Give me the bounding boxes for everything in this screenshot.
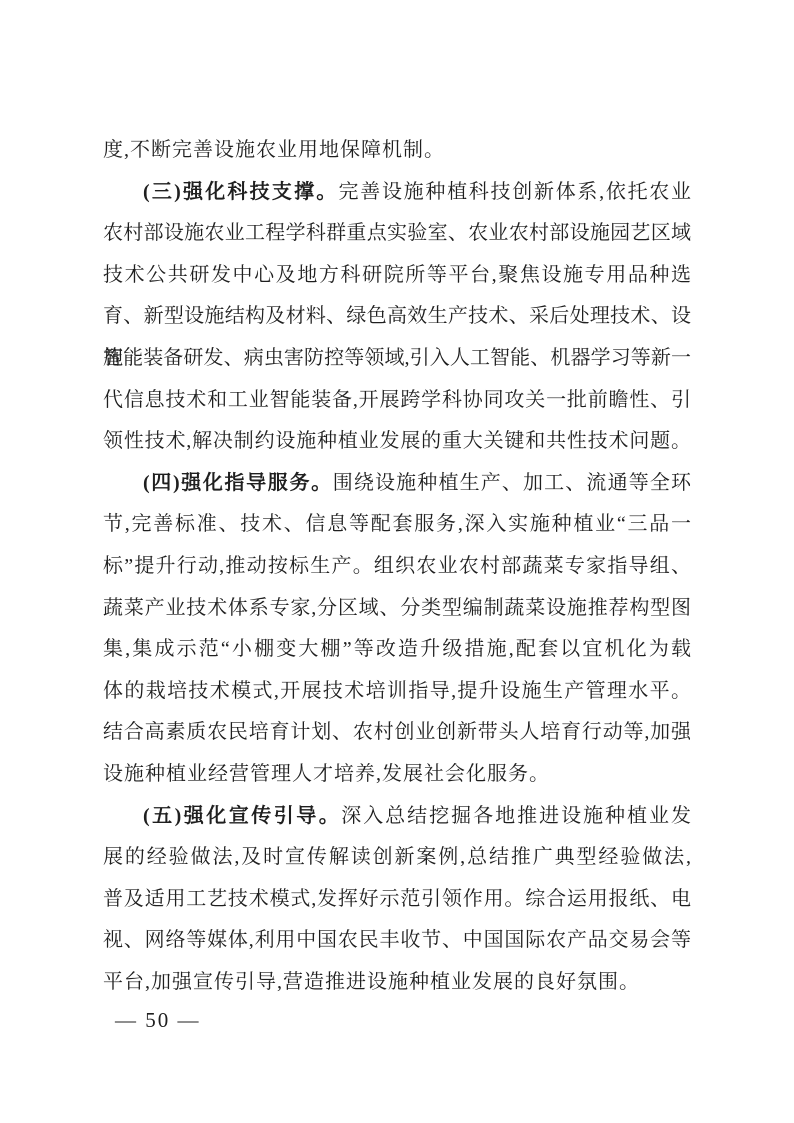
text-line: 农村部设施农业工程学科群重点实验室、农业农村部设施园艺区域 bbox=[103, 213, 691, 255]
text-line: 智能装备研发、病虫害防控等领域,引入人工智能、机器学习等新一 bbox=[103, 338, 691, 380]
line-text: 深入总结挖掘各地推进设施种植业发 bbox=[341, 805, 691, 827]
section-5-heading: (五)强化宣传引导。 bbox=[143, 805, 341, 827]
text-line: 领性技术,解决制约设施种植业发展的重大关键和共性技术问题。 bbox=[103, 421, 691, 463]
body-text: 度,不断完善设施农业用地保障机制。 (三)强化科技支撑。完善设施种植科技创新体系… bbox=[103, 130, 691, 1003]
text-line: 集,集成示范“小棚变大棚”等改造升级措施,配套以宜机化为载 bbox=[103, 629, 691, 671]
document-page: 度,不断完善设施农业用地保障机制。 (三)强化科技支撑。完善设施种植科技创新体系… bbox=[0, 0, 794, 1123]
line-text: 围绕设施种植生产、加工、流通等全环 bbox=[333, 472, 691, 494]
text-line: 设施种植业经营管理人才培养,发展社会化服务。 bbox=[103, 754, 691, 796]
text-line: 度,不断完善设施农业用地保障机制。 bbox=[103, 130, 691, 172]
page-number: — 50 — bbox=[115, 1003, 201, 1037]
text-line: 技术公共研发中心及地方科研院所等平台,聚焦设施专用品种选 bbox=[103, 255, 691, 297]
text-line: (四)强化指导服务。围绕设施种植生产、加工、流通等全环 bbox=[103, 463, 691, 505]
text-line: 普及适用工艺技术模式,发挥好示范引领作用。综合运用报纸、电 bbox=[103, 879, 691, 921]
text-line: 蔬菜产业技术体系专家,分区域、分类型编制蔬菜设施推荐构型图 bbox=[103, 588, 691, 630]
text-line: (五)强化宣传引导。深入总结挖掘各地推进设施种植业发 bbox=[103, 796, 691, 838]
text-line: 结合高素质农民培育计划、农村创业创新带头人培育行动等,加强 bbox=[103, 712, 691, 754]
text-line: 平台,加强宣传引导,营造推进设施种植业发展的良好氛围。 bbox=[103, 962, 691, 1004]
section-4-heading: (四)强化指导服务。 bbox=[143, 472, 333, 494]
text-line: 育、新型设施结构及材料、绿色高效生产技术、采后处理技术、设施 bbox=[103, 296, 691, 338]
text-line: 视、网络等媒体,利用中国农民丰收节、中国国际农产品交易会等 bbox=[103, 920, 691, 962]
line-text: 完善设施种植科技创新体系,依托农业 bbox=[339, 181, 692, 203]
section-3-heading: (三)强化科技支撑。 bbox=[143, 181, 339, 203]
text-line: 体的栽培技术模式,开展技术培训指导,提升设施生产管理水平。 bbox=[103, 671, 691, 713]
text-line: (三)强化科技支撑。完善设施种植科技创新体系,依托农业 bbox=[103, 172, 691, 214]
text-line: 标”提升行动,推动按标生产。组织农业农村部蔬菜专家指导组、 bbox=[103, 546, 691, 588]
text-line: 展的经验做法,及时宣传解读创新案例,总结推广典型经验做法, bbox=[103, 837, 691, 879]
text-line: 节,完善标准、技术、信息等配套服务,深入实施种植业“三品一 bbox=[103, 504, 691, 546]
text-line: 代信息技术和工业智能装备,开展跨学科协同攻关一批前瞻性、引 bbox=[103, 380, 691, 422]
